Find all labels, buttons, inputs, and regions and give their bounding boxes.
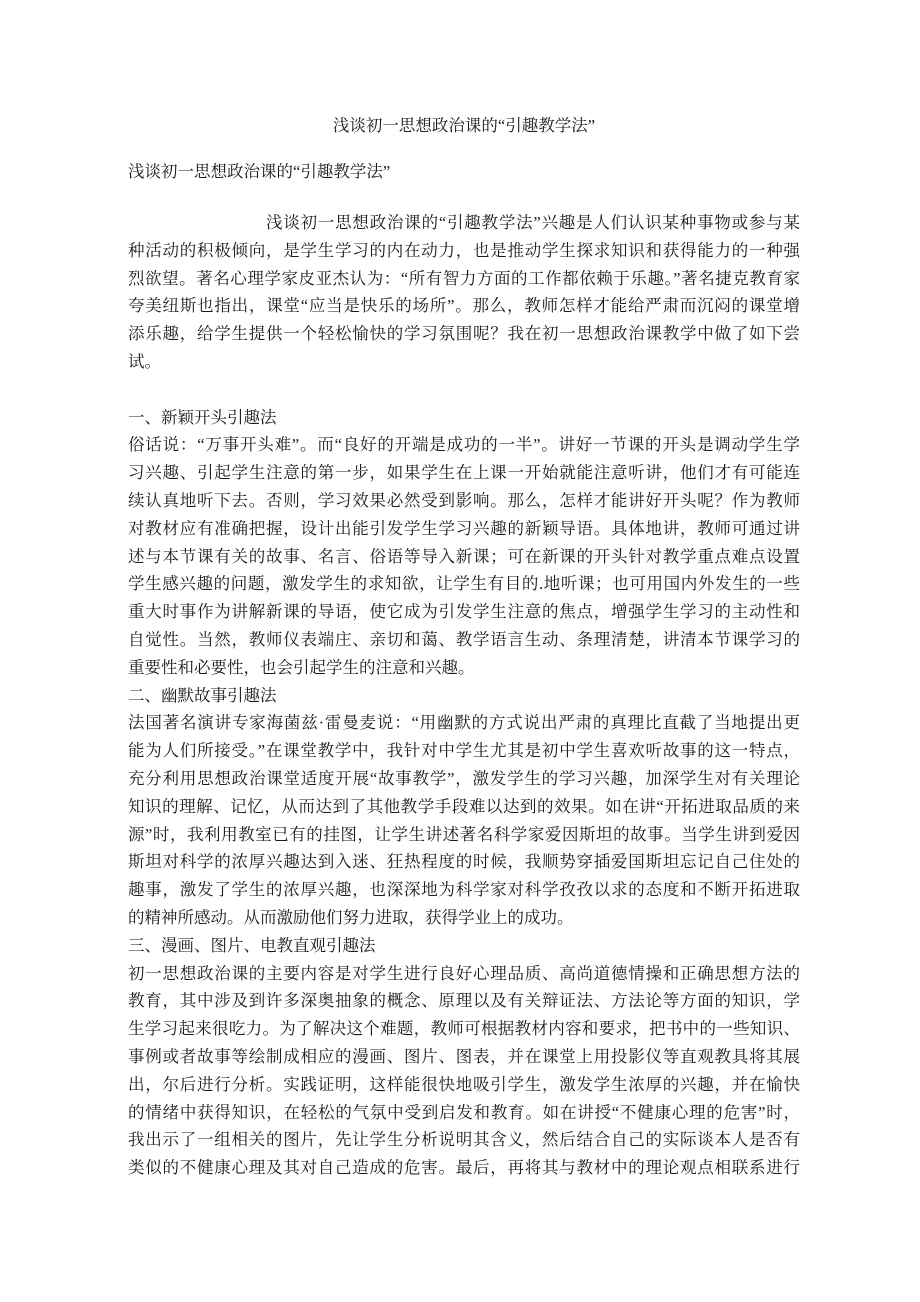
- blank-line: [128, 376, 800, 404]
- document-page: 浅谈初一思想政治课的“引趣教学法” 浅谈初一思想政治课的“引趣教学法” 浅谈初一…: [0, 0, 920, 1302]
- text-line: 试。: [128, 348, 800, 376]
- text-line: 烈欲望。著名心理学家皮亚杰认为：“所有智力方面的工作都依赖于乐趣。”著名捷克教育…: [128, 265, 800, 293]
- text-line: 能为人们所接受。”在课堂教学中，我针对中学生尤其是初中学生喜欢听故事的这一特点，: [128, 737, 800, 765]
- text-line: 续认真地听下去。否则，学习效果必然受到影响。那么，怎样才能讲好开头呢？作为教师: [128, 487, 800, 515]
- text-line: 自觉性。当然，教师仪表端庄、亲切和蔼、教学语言生动、条理清楚，讲清本节课学习的: [128, 626, 800, 654]
- text-line: 习兴趣、引起学生注意的第一步，如果学生在上课一开始就能注意听讲，他们才有可能连: [128, 459, 800, 487]
- text-line: 对教材应有准确把握，设计出能引发学生学习兴趣的新颖导语。具体地讲，教师可通过讲: [128, 515, 800, 543]
- text-line: 夸美纽斯也指出，课堂“应当是快乐的场所”。那么，教师怎样才能给严肃而沉闷的课堂增: [128, 292, 800, 320]
- text-line: 初一思想政治课的主要内容是对学生进行良好心理品质、高尚道德情操和正确思想方法的: [128, 960, 800, 988]
- text-line: 事例或者故事等绘制成相应的漫画、图片、图表，并在课堂上用投影仪等直观教具将其展: [128, 1043, 800, 1071]
- document-title: 浅谈初一思想政治课的“引趣教学法”: [128, 112, 800, 140]
- section-heading: 三、漫画、图片、电教直观引趣法: [128, 932, 800, 960]
- text-line: 源”时，我利用教室已有的挂图，让学生讲述著名科学家爱因斯坦的故事。当学生讲到爱因: [128, 821, 800, 849]
- text-line: 法国著名演讲专家海菌兹·雷曼麦说：“用幽默的方式说出严肃的真理比直截了当地提出更: [128, 709, 800, 737]
- text-line: 生学习起来很吃力。为了解决这个难题，教师可根据教材内容和要求，把书中的一些知识、: [128, 1015, 800, 1043]
- text-line: 类似的不健康心理及其对自己造成的危害。最后，再将其与教材中的理论观点相联系进行: [128, 1154, 800, 1182]
- text-line: 述与本节课有关的故事、名言、俗语等导入新课；可在新课的开头针对教学重点难点设置: [128, 543, 800, 571]
- text-line: 浅谈初一思想政治课的“引趣教学法”兴趣是人们认识某种事物或参与某: [128, 209, 800, 237]
- document-content: 浅谈初一思想政治课的“引趣教学法” 浅谈初一思想政治课的“引趣教学法” 浅谈初一…: [0, 0, 920, 1182]
- text-line: 的精神所感动。从而激励他们努力进取，获得学业上的成功。: [128, 904, 800, 932]
- text-line: 学生感兴趣的问题，激发学生的求知欲，让学生有目的.地听课；也可用国内外发生的一些: [128, 570, 800, 598]
- text-line: 添乐趣，给学生提供一个轻松愉快的学习氛围呢？我在初一思想政治课教学中做了如下尝: [128, 320, 800, 348]
- text-line: 俗话说：“万事开头难”。而“良好的开端是成功的一半”。讲好一节课的开头是调动学生…: [128, 431, 800, 459]
- text-line: 重大时事作为讲解新课的导语，使它成为引发学生注意的焦点，增强学生学习的主动性和: [128, 598, 800, 626]
- section-heading: 二、幽默故事引趣法: [128, 682, 800, 710]
- text-line: 斯坦对科学的浓厚兴趣达到入迷、狂热程度的时候，我顺势穿插爱国斯坦忘记自己住处的: [128, 848, 800, 876]
- text-line: 知识的理解、记忆，从而达到了其他教学手段难以达到的效果。如在讲“开拓进取品质的来: [128, 793, 800, 821]
- text-line: 我出示了一组相关的图片，先让学生分析说明其含义，然后结合自己的实际谈本人是否有: [128, 1126, 800, 1154]
- document-subtitle: 浅谈初一思想政治课的“引趣教学法”: [128, 158, 800, 186]
- text-line: 的情绪中获得知识，在轻松的气氛中受到启发和教育。如在讲授“不健康心理的危害”时，: [128, 1099, 800, 1127]
- text-line: 种活动的积极倾向，是学生学习的内在动力，也是推动学生探求知识和获得能力的一种强: [128, 237, 800, 265]
- text-line: 趣事，激发了学生的浓厚兴趣，也深深地为科学家对科学孜孜以求的态度和不断开拓进取: [128, 876, 800, 904]
- text-line: 教育，其中涉及到许多深奥抽象的概念、原理以及有关辩证法、方法论等方面的知识，学: [128, 987, 800, 1015]
- text-line: 充分利用思想政治课堂适度开展“故事教学”，激发学生的学习兴趣，加深学生对有关理论: [128, 765, 800, 793]
- text-line: 重要性和必要性，也会引起学生的注意和兴趣。: [128, 654, 800, 682]
- intro-paragraph: 浅谈初一思想政治课的“引趣教学法”兴趣是人们认识某种事物或参与某种活动的积极倾向…: [128, 209, 800, 376]
- sections: 一、新颖开头引趣法俗话说：“万事开头难”。而“良好的开端是成功的一半”。讲好一节…: [128, 404, 800, 1182]
- section-heading: 一、新颖开头引趣法: [128, 404, 800, 432]
- text-line: 出，尔后进行分析。实践证明，这样能很快地吸引学生，激发学生浓厚的兴趣，并在愉快: [128, 1071, 800, 1099]
